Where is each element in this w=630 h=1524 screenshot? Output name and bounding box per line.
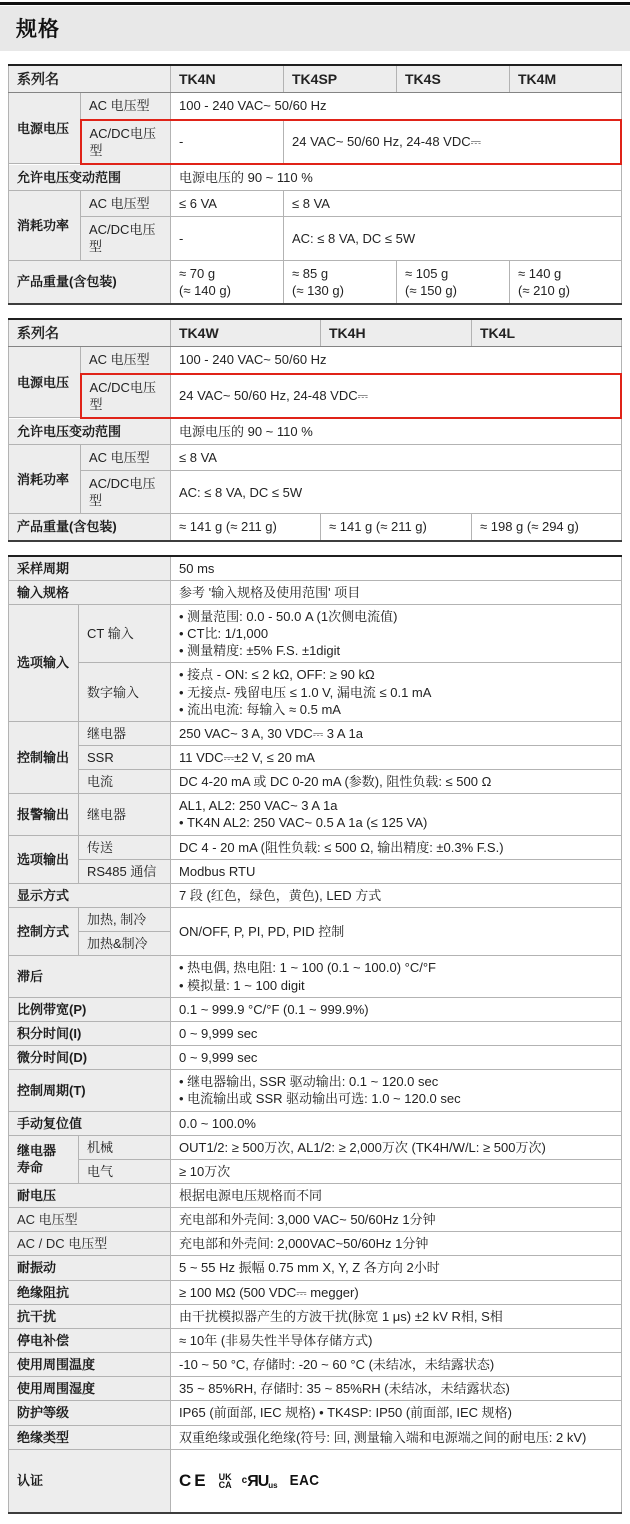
eac-mark-icon: EAC bbox=[289, 1471, 319, 1491]
title-band: 规格 bbox=[0, 6, 630, 51]
alarm-output-label: 报警输出 bbox=[9, 794, 79, 835]
table-row: 系列名 TK4N TK4SP TK4S TK4M bbox=[9, 65, 622, 93]
ul-us-suffix: us bbox=[268, 1481, 277, 1492]
alarm-relay-value: AL1, AL2: 250 VAC~ 3 A 1a • TK4N AL2: 25… bbox=[171, 794, 622, 835]
ct-input-label: CT 输入 bbox=[79, 604, 171, 662]
acdc-voltage-type-label: AC/DC电压型 bbox=[81, 120, 171, 164]
transmission-value: DC 4 - 20 mA (阻性负载: ≤ 500 Ω, 输出精度: ±0.3%… bbox=[171, 835, 622, 859]
relay-value: 250 VAC~ 3 A, 30 VDC⎓ 3 A 1a bbox=[171, 721, 622, 745]
consumption-ac-value: ≤ 8 VA bbox=[171, 444, 622, 470]
table-row: 消耗功率 AC 电压型 ≤ 8 VA bbox=[9, 444, 622, 470]
memory-retention-label: 停电补偿 bbox=[9, 1328, 171, 1352]
consumption-acdc-tk4n-value: - bbox=[171, 217, 284, 260]
ambient-temperature-label: 使用周围温度 bbox=[9, 1353, 171, 1377]
table-row: 选项输出 传送 DC 4 - 20 mA (阻性负载: ≤ 500 Ω, 输出精… bbox=[9, 835, 622, 859]
display-method-value: 7 段 (红色，绿色，黄色), LED 方式 bbox=[171, 883, 622, 907]
table-row: 产品重量(含包装) ≈ 70 g (≈ 140 g) ≈ 85 g (≈ 130… bbox=[9, 260, 622, 304]
table-row: 允许电压变动范围 电源电压的 90 ~ 110 % bbox=[9, 418, 622, 445]
power-voltage-label: 电源电压 bbox=[9, 347, 81, 418]
memory-retention-value: ≈ 10年 (非易失性半导体存储方式) bbox=[171, 1328, 622, 1352]
dielectric-acdc-label: AC / DC 电压型 bbox=[9, 1232, 171, 1256]
protection-rating-value: IP65 (前面部, IEC 规格) • TK4SP: IP50 (前面部, I… bbox=[171, 1401, 622, 1425]
option-output-label: 选项输出 bbox=[9, 835, 79, 883]
dielectric-strength-value: 根据电源电压规格而不同 bbox=[171, 1183, 622, 1207]
relay-label: 继电器 bbox=[79, 721, 171, 745]
product-weight-label: 产品重量(含包装) bbox=[9, 260, 171, 304]
acdc-voltage-value: 24 VAC~ 50/60 Hz, 24-48 VDC⎓ bbox=[171, 374, 622, 418]
dielectric-ac-label: AC 电压型 bbox=[9, 1208, 171, 1232]
current-value: DC 4-20 mA 或 DC 0-20 mA (参数), 阻性负载: ≤ 50… bbox=[171, 770, 622, 794]
common-spec-table: 采样周期 50 ms 输入规格 参考 '输入规格及使用范围' 项目 选项输入 C… bbox=[8, 555, 622, 1515]
table-row: 电源电压 AC 电压型 100 - 240 VAC~ 50/60 Hz bbox=[9, 347, 622, 374]
integral-time-value: 0 ~ 9,999 sec bbox=[171, 1021, 622, 1045]
series-table-b: 系列名 TK4W TK4H TK4L 电源电压 AC 电压型 100 - 240… bbox=[8, 318, 622, 542]
option-input-label: 选项输入 bbox=[9, 604, 79, 721]
weight-tk4s-value: ≈ 105 g (≈ 150 g) bbox=[397, 260, 510, 304]
voltage-range-value: 电源电压的 90 ~ 110 % bbox=[171, 418, 622, 445]
heating-and-cooling-label: 加热&制冷 bbox=[79, 932, 171, 956]
product-weight-label: 产品重量(含包装) bbox=[9, 514, 171, 541]
ssr-label: SSR bbox=[79, 746, 171, 770]
current-label: 电流 bbox=[79, 770, 171, 794]
table-row: 控制周期(T) • 继电器输出, SSR 驱动输出: 0.1 ~ 120.0 s… bbox=[9, 1070, 622, 1111]
table-row: 允许电压变动范围 电源电压的 90 ~ 110 % bbox=[9, 164, 622, 191]
noise-immunity-label: 抗干扰 bbox=[9, 1304, 171, 1328]
hysteresis-value: • 热电偶, 热电阻: 1 ~ 100 (0.1 ~ 100.0) °C/°F … bbox=[171, 956, 622, 997]
ambient-humidity-label: 使用周围湿度 bbox=[9, 1377, 171, 1401]
derivative-time-label: 微分时间(D) bbox=[9, 1046, 171, 1070]
digital-input-label: 数字输入 bbox=[79, 663, 171, 721]
digital-input-value: • 接点 - ON: ≤ 2 kΩ, OFF: ≥ 90 kΩ • 无接点- 残… bbox=[171, 663, 622, 721]
ce-mark-icon: CE bbox=[179, 1470, 209, 1492]
sampling-period-value: 50 ms bbox=[171, 556, 622, 581]
manual-reset-value: 0.0 ~ 100.0% bbox=[171, 1111, 622, 1135]
dielectric-ac-value: 充电部和外壳间: 3,000 VAC~ 50/60Hz 1分钟 bbox=[171, 1208, 622, 1232]
top-rule bbox=[0, 2, 630, 5]
weight-tk4w-value: ≈ 141 g (≈ 211 g) bbox=[171, 514, 321, 541]
protection-rating-label: 防护等级 bbox=[9, 1401, 171, 1425]
consumption-ac-tk4n-value: ≤ 6 VA bbox=[171, 191, 284, 217]
heating-cooling-label: 加热, 制冷 bbox=[79, 908, 171, 932]
col-header-tk4h: TK4H bbox=[321, 319, 472, 347]
table-row: 停电补偿 ≈ 10年 (非易失性半导体存储方式) bbox=[9, 1328, 622, 1352]
table-row: 使用周围温度 -10 ~ 50 °C, 存储时: -20 ~ 60 °C (未结… bbox=[9, 1353, 622, 1377]
col-header-tk4s: TK4S bbox=[397, 65, 510, 93]
table-row: 选项输入 CT 输入 • 测量范围: 0.0 - 50.0 A (1次侧电流值)… bbox=[9, 604, 622, 662]
vibration-value: 5 ~ 55 Hz 振幅 0.75 mm X, Y, Z 各方向 2小时 bbox=[171, 1256, 622, 1280]
rs485-value: Modbus RTU bbox=[171, 859, 622, 883]
col-header-tk4w: TK4W bbox=[171, 319, 321, 347]
col-header-tk4n: TK4N bbox=[171, 65, 284, 93]
table-row: AC / DC 电压型 充电部和外壳间: 2,000VAC~50/60Hz 1分… bbox=[9, 1232, 622, 1256]
noise-immunity-value: 由干扰模拟器产生的方波干扰(脉宽 1 μs) ±2 kV R相, S相 bbox=[171, 1304, 622, 1328]
table-row: AC/DC电压型 AC: ≤ 8 VA, DC ≤ 5W bbox=[9, 471, 622, 514]
weight-tk4sp-value: ≈ 85 g (≈ 130 g) bbox=[284, 260, 397, 304]
table-row: RS485 通信 Modbus RTU bbox=[9, 859, 622, 883]
alarm-relay-label: 继电器 bbox=[79, 794, 171, 835]
weight-tk4n-value: ≈ 70 g (≈ 140 g) bbox=[171, 260, 284, 304]
insulation-type-label: 绝缘类型 bbox=[9, 1425, 171, 1449]
table-row: 消耗功率 AC 电压型 ≤ 6 VA ≤ 8 VA bbox=[9, 191, 622, 217]
rs485-label: RS485 通信 bbox=[79, 859, 171, 883]
ul-mark-icon: cЯUus bbox=[242, 1471, 278, 1492]
ambient-humidity-value: 35 ~ 85%RH, 存储时: 35 ~ 85%RH (未结冰，未结露状态) bbox=[171, 1377, 622, 1401]
table-row: 系列名 TK4W TK4H TK4L bbox=[9, 319, 622, 347]
table-row: 产品重量(含包装) ≈ 141 g (≈ 211 g) ≈ 141 g (≈ 2… bbox=[9, 514, 622, 541]
ac-voltage-value: 100 - 240 VAC~ 50/60 Hz bbox=[171, 93, 622, 120]
sampling-period-label: 采样周期 bbox=[9, 556, 171, 581]
table-row: 显示方式 7 段 (红色，绿色，黄色), LED 方式 bbox=[9, 883, 622, 907]
series-table-a: 系列名 TK4N TK4SP TK4S TK4M 电源电压 AC 电压型 100… bbox=[8, 64, 622, 305]
highlighted-row: AC/DC电压型 - 24 VAC~ 50/60 Hz, 24-48 VDC⎓ bbox=[9, 120, 622, 164]
table-row: 控制方式 加热, 制冷 ON/OFF, P, PI, PD, PID 控制 bbox=[9, 908, 622, 932]
table-row: AC 电压型 充电部和外壳间: 3,000 VAC~ 50/60Hz 1分钟 bbox=[9, 1208, 622, 1232]
ac-voltage-value: 100 - 240 VAC~ 50/60 Hz bbox=[171, 347, 622, 374]
control-output-label: 控制输出 bbox=[9, 721, 79, 793]
approval-label: 认证 bbox=[9, 1449, 171, 1513]
acdc-voltage-tk4n-value: - bbox=[171, 120, 284, 164]
ukca-mark-icon: UK CA bbox=[219, 1473, 232, 1490]
mechanical-value: OUT1/2: ≥ 500万次, AL1/2: ≥ 2,000万次 (TK4H/… bbox=[171, 1135, 622, 1159]
table-row: 电流 DC 4-20 mA 或 DC 0-20 mA (参数), 阻性负载: ≤… bbox=[9, 770, 622, 794]
consumption-ac-value: ≤ 8 VA bbox=[284, 191, 622, 217]
table-row: 报警输出 继电器 AL1, AL2: 250 VAC~ 3 A 1a • TK4… bbox=[9, 794, 622, 835]
mechanical-label: 机械 bbox=[79, 1135, 171, 1159]
ct-input-value: • 测量范围: 0.0 - 50.0 A (1次侧电流值) • CT比: 1/1… bbox=[171, 604, 622, 662]
input-spec-value: 参考 '输入规格及使用范围' 项目 bbox=[171, 580, 622, 604]
transmission-label: 传送 bbox=[79, 835, 171, 859]
weight-tk4h-value: ≈ 141 g (≈ 211 g) bbox=[321, 514, 472, 541]
consumption-acdc-value: AC: ≤ 8 VA, DC ≤ 5W bbox=[171, 471, 622, 514]
table-row: 绝缘类型 双重绝缘或强化绝缘(符号: 回, 测量输入端和电源端之间的耐电压: 2… bbox=[9, 1425, 622, 1449]
electrical-label: 电气 bbox=[79, 1159, 171, 1183]
table-row: 耐电压 根据电源电压规格而不同 bbox=[9, 1183, 622, 1207]
table-row: 采样周期 50 ms bbox=[9, 556, 622, 581]
table-row: 使用周围湿度 35 ~ 85%RH, 存储时: 35 ~ 85%RH (未结冰，… bbox=[9, 1377, 622, 1401]
ac-voltage-type-label: AC 电压型 bbox=[81, 191, 171, 217]
acdc-voltage-type-label: AC/DC电压型 bbox=[81, 374, 171, 418]
integral-time-label: 积分时间(I) bbox=[9, 1021, 171, 1045]
electrical-value: ≥ 10万次 bbox=[171, 1159, 622, 1183]
table-row: SSR 11 VDC⎓±2 V, ≤ 20 mA bbox=[9, 746, 622, 770]
input-spec-label: 输入规格 bbox=[9, 580, 171, 604]
manual-reset-label: 手动复位值 bbox=[9, 1111, 171, 1135]
col-header-tk4sp: TK4SP bbox=[284, 65, 397, 93]
dielectric-strength-label: 耐电压 bbox=[9, 1183, 171, 1207]
table-row: 绝缘阻抗 ≥ 100 MΩ (500 VDC⎓ megger) bbox=[9, 1280, 622, 1304]
consumption-acdc-value: AC: ≤ 8 VA, DC ≤ 5W bbox=[284, 217, 622, 260]
table-row: 防护等级 IP65 (前面部, IEC 规格) • TK4SP: IP50 (前… bbox=[9, 1401, 622, 1425]
table-row: 输入规格 参考 '输入规格及使用范围' 项目 bbox=[9, 580, 622, 604]
highlighted-row: AC/DC电压型 24 VAC~ 50/60 Hz, 24-48 VDC⎓ bbox=[9, 374, 622, 418]
table-row: 继电器 寿命 机械 OUT1/2: ≥ 500万次, AL1/2: ≥ 2,00… bbox=[9, 1135, 622, 1159]
weight-tk4l-value: ≈ 198 g (≈ 294 g) bbox=[472, 514, 622, 541]
ul-ru-glyph: ЯU bbox=[247, 1471, 268, 1492]
table-row: AC/DC电压型 - AC: ≤ 8 VA, DC ≤ 5W bbox=[9, 217, 622, 260]
table-row: 数字输入 • 接点 - ON: ≤ 2 kΩ, OFF: ≥ 90 kΩ • 无… bbox=[9, 663, 622, 721]
derivative-time-value: 0 ~ 9,999 sec bbox=[171, 1046, 622, 1070]
certification-marks: CE UK CA cЯUus EAC bbox=[179, 1470, 613, 1492]
acdc-voltage-type-label: AC/DC电压型 bbox=[81, 471, 171, 514]
relay-life-label: 继电器 寿命 bbox=[9, 1135, 79, 1183]
spec-sheet: 规格 系列名 TK4N TK4SP TK4S TK4M 电源电压 AC 电压型 … bbox=[0, 2, 630, 1524]
acdc-voltage-value: 24 VAC~ 50/60 Hz, 24-48 VDC⎓ bbox=[284, 120, 622, 164]
ssr-value: 11 VDC⎓±2 V, ≤ 20 mA bbox=[171, 746, 622, 770]
ac-voltage-type-label: AC 电压型 bbox=[81, 444, 171, 470]
table-row: 手动复位值 0.0 ~ 100.0% bbox=[9, 1111, 622, 1135]
display-method-label: 显示方式 bbox=[9, 883, 171, 907]
weight-tk4m-value: ≈ 140 g (≈ 210 g) bbox=[510, 260, 622, 304]
ambient-temperature-value: -10 ~ 50 °C, 存储时: -20 ~ 60 °C (未结冰，未结露状态… bbox=[171, 1353, 622, 1377]
insulation-type-value: 双重绝缘或强化绝缘(符号: 回, 测量输入端和电源端之间的耐电压: 2 kV) bbox=[171, 1425, 622, 1449]
page-title: 规格 bbox=[16, 13, 614, 43]
table-row: 积分时间(I) 0 ~ 9,999 sec bbox=[9, 1021, 622, 1045]
approval-marks: CE UK CA cЯUus EAC bbox=[171, 1449, 622, 1513]
proportional-band-label: 比例带宽(P) bbox=[9, 997, 171, 1021]
insulation-resistance-label: 绝缘阻抗 bbox=[9, 1280, 171, 1304]
table-row: 微分时间(D) 0 ~ 9,999 sec bbox=[9, 1046, 622, 1070]
voltage-range-label: 允许电压变动范围 bbox=[9, 418, 171, 445]
voltage-range-label: 允许电压变动范围 bbox=[9, 164, 171, 191]
acdc-voltage-type-label: AC/DC电压型 bbox=[81, 217, 171, 260]
ac-voltage-type-label: AC 电压型 bbox=[81, 93, 171, 120]
table-row: 认证 CE UK CA cЯUus EAC bbox=[9, 1449, 622, 1513]
insulation-resistance-value: ≥ 100 MΩ (500 VDC⎓ megger) bbox=[171, 1280, 622, 1304]
control-period-value: • 继电器输出, SSR 驱动输出: 0.1 ~ 120.0 sec • 电流输… bbox=[171, 1070, 622, 1111]
hysteresis-label: 滞后 bbox=[9, 956, 171, 997]
table-row: 控制输出 继电器 250 VAC~ 3 A, 30 VDC⎓ 3 A 1a bbox=[9, 721, 622, 745]
table-row: 电源电压 AC 电压型 100 - 240 VAC~ 50/60 Hz bbox=[9, 93, 622, 120]
series-name-header: 系列名 bbox=[9, 319, 171, 347]
table-row: 比例带宽(P) 0.1 ~ 999.9 °C/°F (0.1 ~ 999.9%) bbox=[9, 997, 622, 1021]
control-method-label: 控制方式 bbox=[9, 908, 79, 956]
series-name-header: 系列名 bbox=[9, 65, 171, 93]
power-voltage-label: 电源电压 bbox=[9, 93, 81, 164]
control-period-label: 控制周期(T) bbox=[9, 1070, 171, 1111]
voltage-range-value: 电源电压的 90 ~ 110 % bbox=[171, 164, 622, 191]
table-row: 电气 ≥ 10万次 bbox=[9, 1159, 622, 1183]
col-header-tk4m: TK4M bbox=[510, 65, 622, 93]
table-row: 耐振动 5 ~ 55 Hz 振幅 0.75 mm X, Y, Z 各方向 2小时 bbox=[9, 1256, 622, 1280]
control-method-value: ON/OFF, P, PI, PD, PID 控制 bbox=[171, 908, 622, 956]
proportional-band-value: 0.1 ~ 999.9 °C/°F (0.1 ~ 999.9%) bbox=[171, 997, 622, 1021]
dielectric-acdc-value: 充电部和外壳间: 2,000VAC~50/60Hz 1分钟 bbox=[171, 1232, 622, 1256]
ac-voltage-type-label: AC 电压型 bbox=[81, 347, 171, 374]
power-consumption-label: 消耗功率 bbox=[9, 444, 81, 513]
table-row: 滞后 • 热电偶, 热电阻: 1 ~ 100 (0.1 ~ 100.0) °C/… bbox=[9, 956, 622, 997]
col-header-tk4l: TK4L bbox=[472, 319, 622, 347]
vibration-label: 耐振动 bbox=[9, 1256, 171, 1280]
power-consumption-label: 消耗功率 bbox=[9, 191, 81, 260]
table-row: 抗干扰 由干扰模拟器产生的方波干扰(脉宽 1 μs) ±2 kV R相, S相 bbox=[9, 1304, 622, 1328]
